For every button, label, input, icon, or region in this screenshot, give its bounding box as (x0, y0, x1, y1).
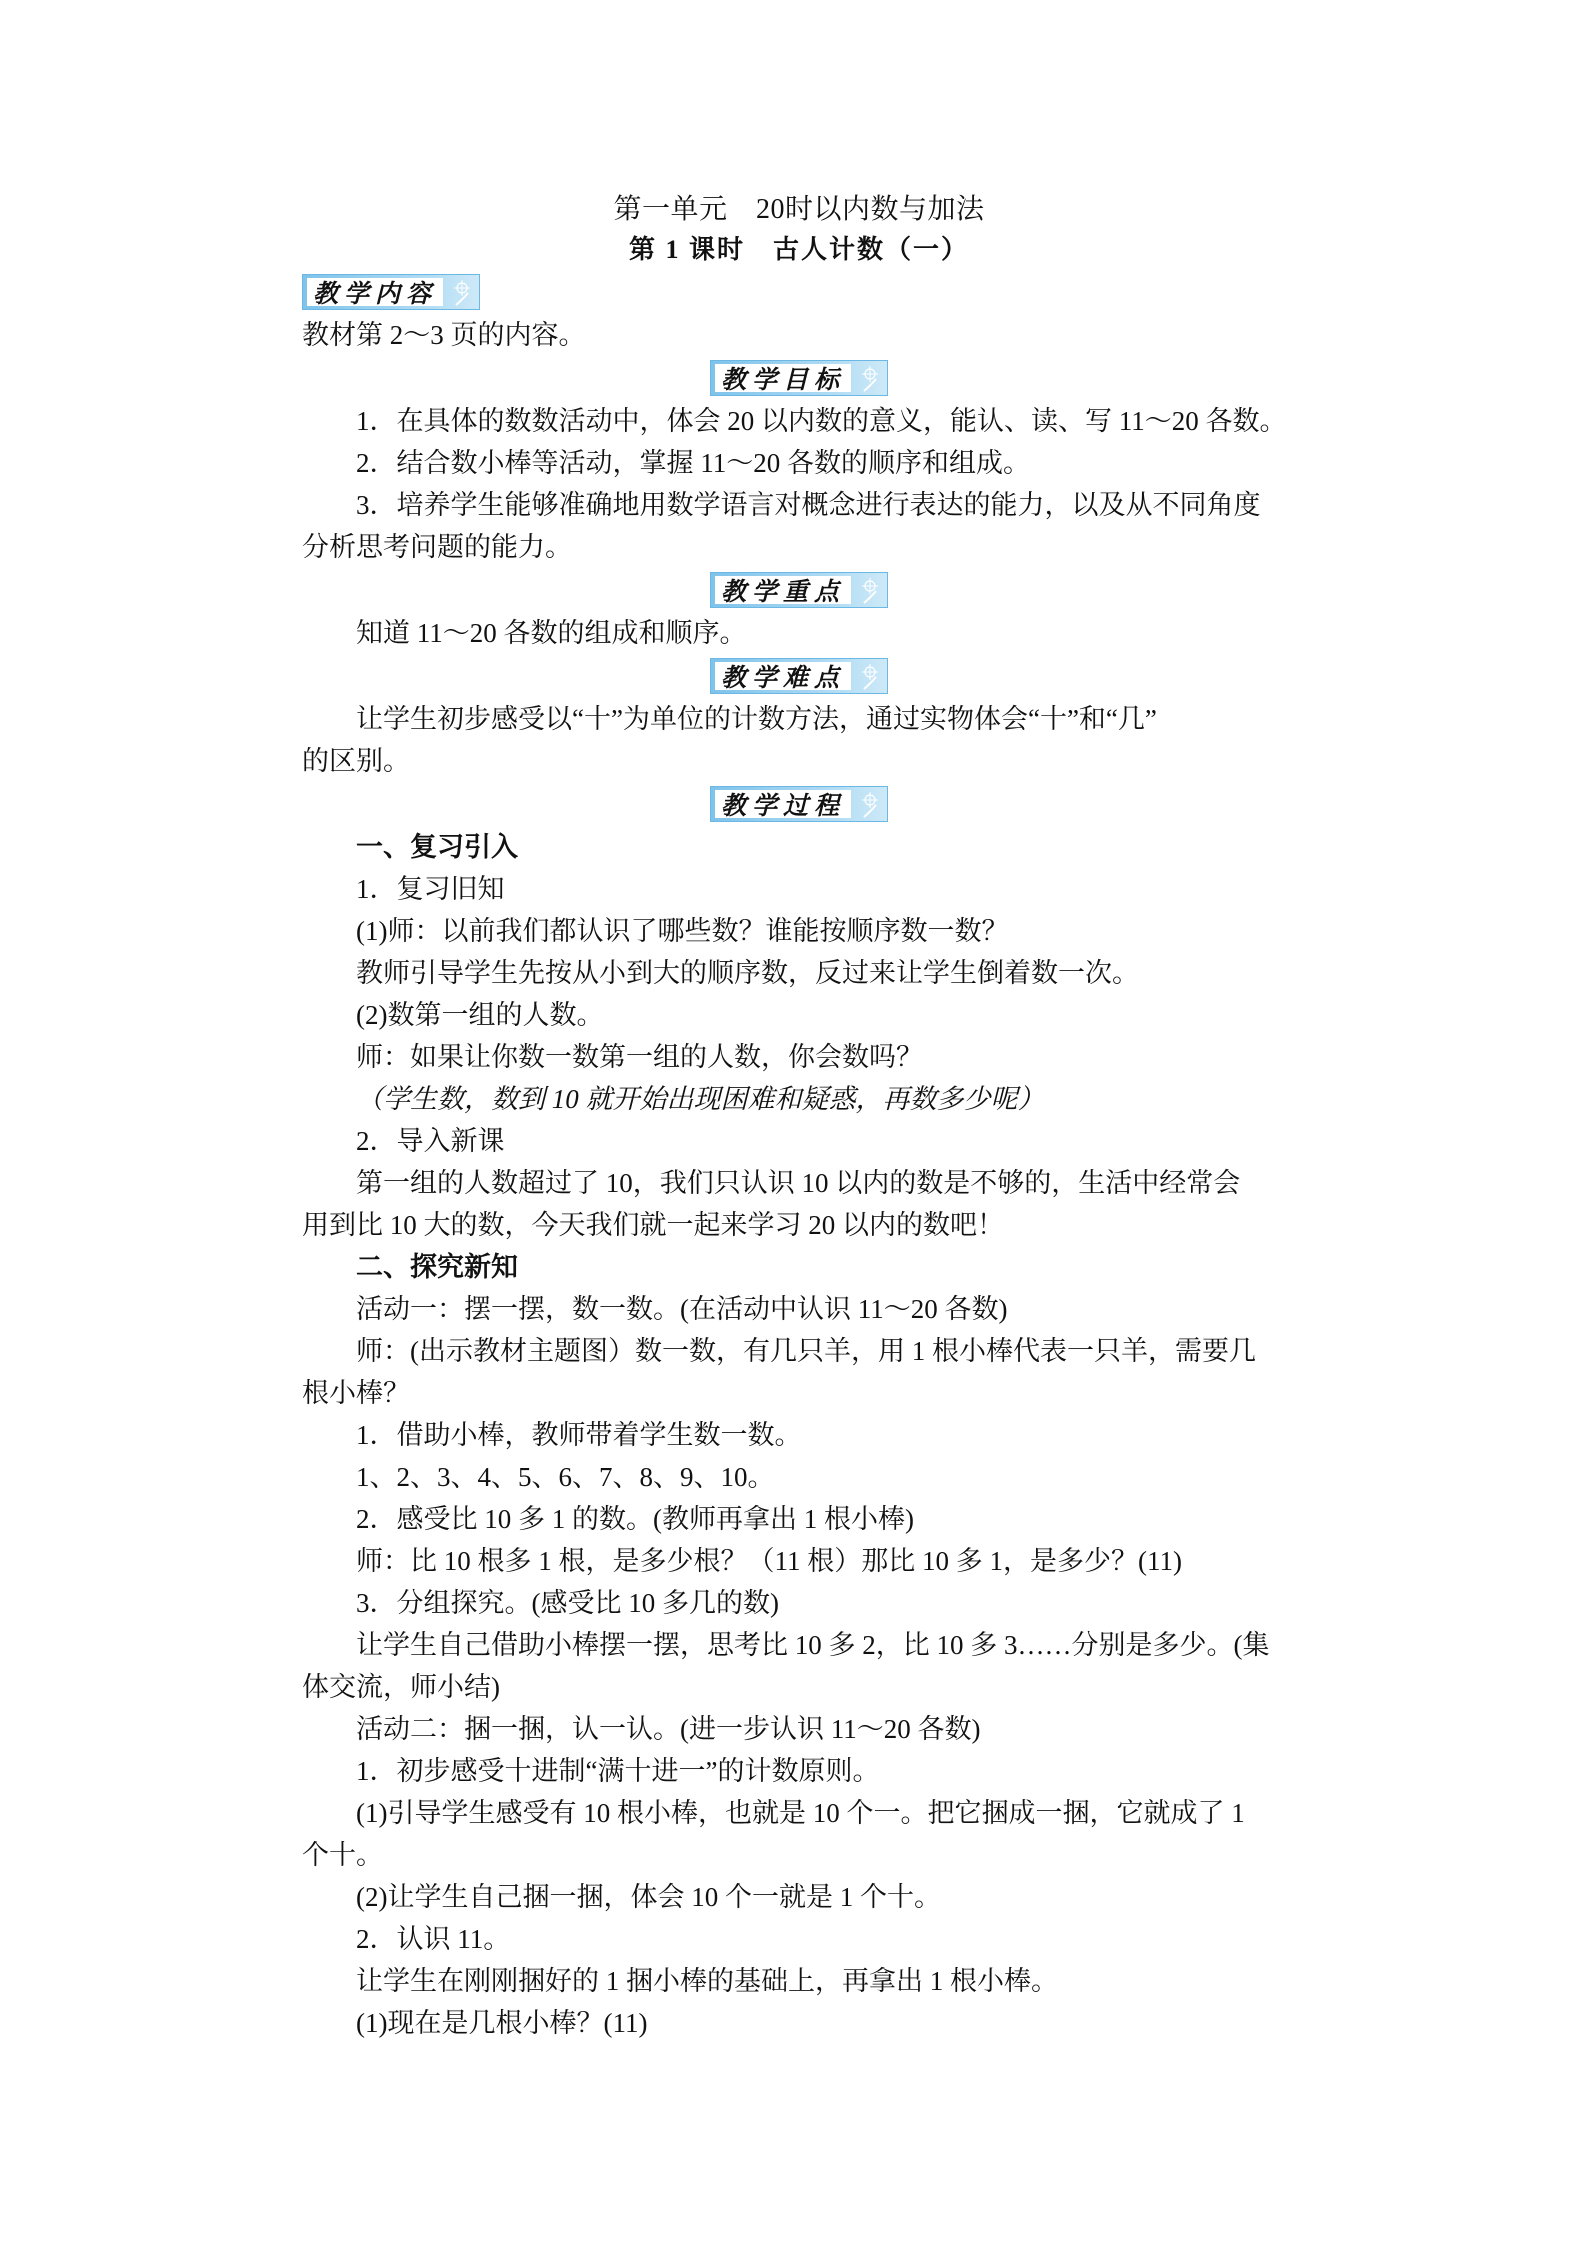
process-line: 2．感受比 10 多 1 的数。(教师再拿出 1 根小棒) (302, 1498, 1296, 1540)
difficulties-text: 让学生初步感受以“十”为单位的计数方法，通过实物体会“十”和“几” (302, 698, 1296, 740)
process-line-continued: 体交流，师小结) (302, 1666, 1296, 1708)
badge-label: 教学重点 (715, 576, 851, 604)
process-line-continued: 根小棒？ (302, 1372, 1296, 1414)
badge-label: 教学目标 (715, 364, 851, 392)
process-line: 3．分组探究。(感受比 10 多几的数) (302, 1582, 1296, 1624)
badge-label: 教学难点 (715, 662, 851, 690)
goal-item: 2．结合数小棒等活动，掌握 11～20 各数的顺序和组成。 (302, 442, 1296, 484)
process-line: 师：比 10 根多 1 根，是多少根？（11 根）那比 10 多 1，是多少？(… (302, 1540, 1296, 1582)
process-line: 师：如果让你数一数第一组的人数，你会数吗？ (302, 1036, 1296, 1078)
lesson-title: 第 1 课时 古人计数（一） (302, 230, 1296, 270)
section-heading-content: 教学内容 (302, 270, 1296, 314)
badge-label: 教学过程 (715, 790, 851, 818)
process-line: 2．认识 11。 (302, 1918, 1296, 1960)
process-note: （学生数，数到 10 就开始出现困难和疑惑，再数多少呢） (302, 1078, 1296, 1120)
process-line: 第一组的人数超过了 10，我们只认识 10 以内的数是不够的，生活中经常会 (302, 1162, 1296, 1204)
process-line: (2)让学生自己捆一捆，体会 10 个一就是 1 个十。 (302, 1876, 1296, 1918)
subsection-heading: 二、探究新知 (302, 1246, 1296, 1288)
process-line: 师：(出示教材主题图）数一数，有几只羊，用 1 根小棒代表一只羊，需要几 (302, 1330, 1296, 1372)
key-points-text: 知道 11～20 各数的组成和顺序。 (302, 612, 1296, 654)
process-line: 活动二：捆一捆，认一认。(进一步认识 11～20 各数) (302, 1708, 1296, 1750)
process-line: 让学生自己借助小棒摆一摆，思考比 10 多 2，比 10 多 3……分别是多少。… (302, 1624, 1296, 1666)
badge-label: 教学内容 (307, 278, 443, 306)
compass-star-icon (859, 365, 881, 393)
compass-star-icon (859, 577, 881, 605)
section-heading-goals: 教学目标 (302, 356, 1296, 400)
content-text: 教材第 2～3 页的内容。 (302, 314, 1296, 356)
section-badge: 教学难点 (710, 658, 888, 694)
goal-item-continued: 分析思考问题的能力。 (302, 526, 1296, 568)
section-badge: 教学目标 (710, 360, 888, 396)
unit-title: 第一单元 20时以内数与加法 (302, 190, 1296, 230)
process-line: (1)师：以前我们都认识了哪些数？谁能按顺序数一数？ (302, 910, 1296, 952)
section-badge: 教学过程 (710, 786, 888, 822)
process-line: 教师引导学生先按从小到大的顺序数，反过来让学生倒着数一次。 (302, 952, 1296, 994)
compass-star-icon (859, 663, 881, 691)
section-heading-process: 教学过程 (302, 782, 1296, 826)
section-badge: 教学重点 (710, 572, 888, 608)
goal-item: 3．培养学生能够准确地用数学语言对概念进行表达的能力，以及从不同角度 (302, 484, 1296, 526)
document-page: 第一单元 20时以内数与加法 第 1 课时 古人计数（一） 教学内容 教材第 2… (302, 190, 1296, 2044)
process-line-continued: 个十。 (302, 1834, 1296, 1876)
process-line: (1)现在是几根小棒？(11) (302, 2002, 1296, 2044)
section-badge: 教学内容 (302, 274, 480, 310)
process-line-continued: 用到比 10 大的数，今天我们就一起来学习 20 以内的数吧！ (302, 1204, 1296, 1246)
difficulties-text-continued: 的区别。 (302, 740, 1296, 782)
goal-item: 1．在具体的数数活动中，体会 20 以内数的意义，能认、读、写 11～20 各数… (302, 400, 1296, 442)
process-line: 1、2、3、4、5、6、7、8、9、10。 (302, 1456, 1296, 1498)
process-line: (1)引导学生感受有 10 根小棒，也就是 10 个一。把它捆成一捆，它就成了 … (302, 1792, 1296, 1834)
process-line: 1．初步感受十进制“满十进一”的计数原则。 (302, 1750, 1296, 1792)
compass-star-icon (859, 791, 881, 819)
compass-star-icon (451, 279, 473, 307)
subsection-heading: 一、复习引入 (302, 826, 1296, 868)
process-line: 让学生在刚刚捆好的 1 捆小棒的基础上，再拿出 1 根小棒。 (302, 1960, 1296, 2002)
process-line: (2)数第一组的人数。 (302, 994, 1296, 1036)
section-heading-difficulties: 教学难点 (302, 654, 1296, 698)
process-line: 1．复习旧知 (302, 868, 1296, 910)
process-line: 1．借助小棒，教师带着学生数一数。 (302, 1414, 1296, 1456)
process-line: 2．导入新课 (302, 1120, 1296, 1162)
section-heading-key-points: 教学重点 (302, 568, 1296, 612)
process-line: 活动一：摆一摆，数一数。(在活动中认识 11～20 各数) (302, 1288, 1296, 1330)
